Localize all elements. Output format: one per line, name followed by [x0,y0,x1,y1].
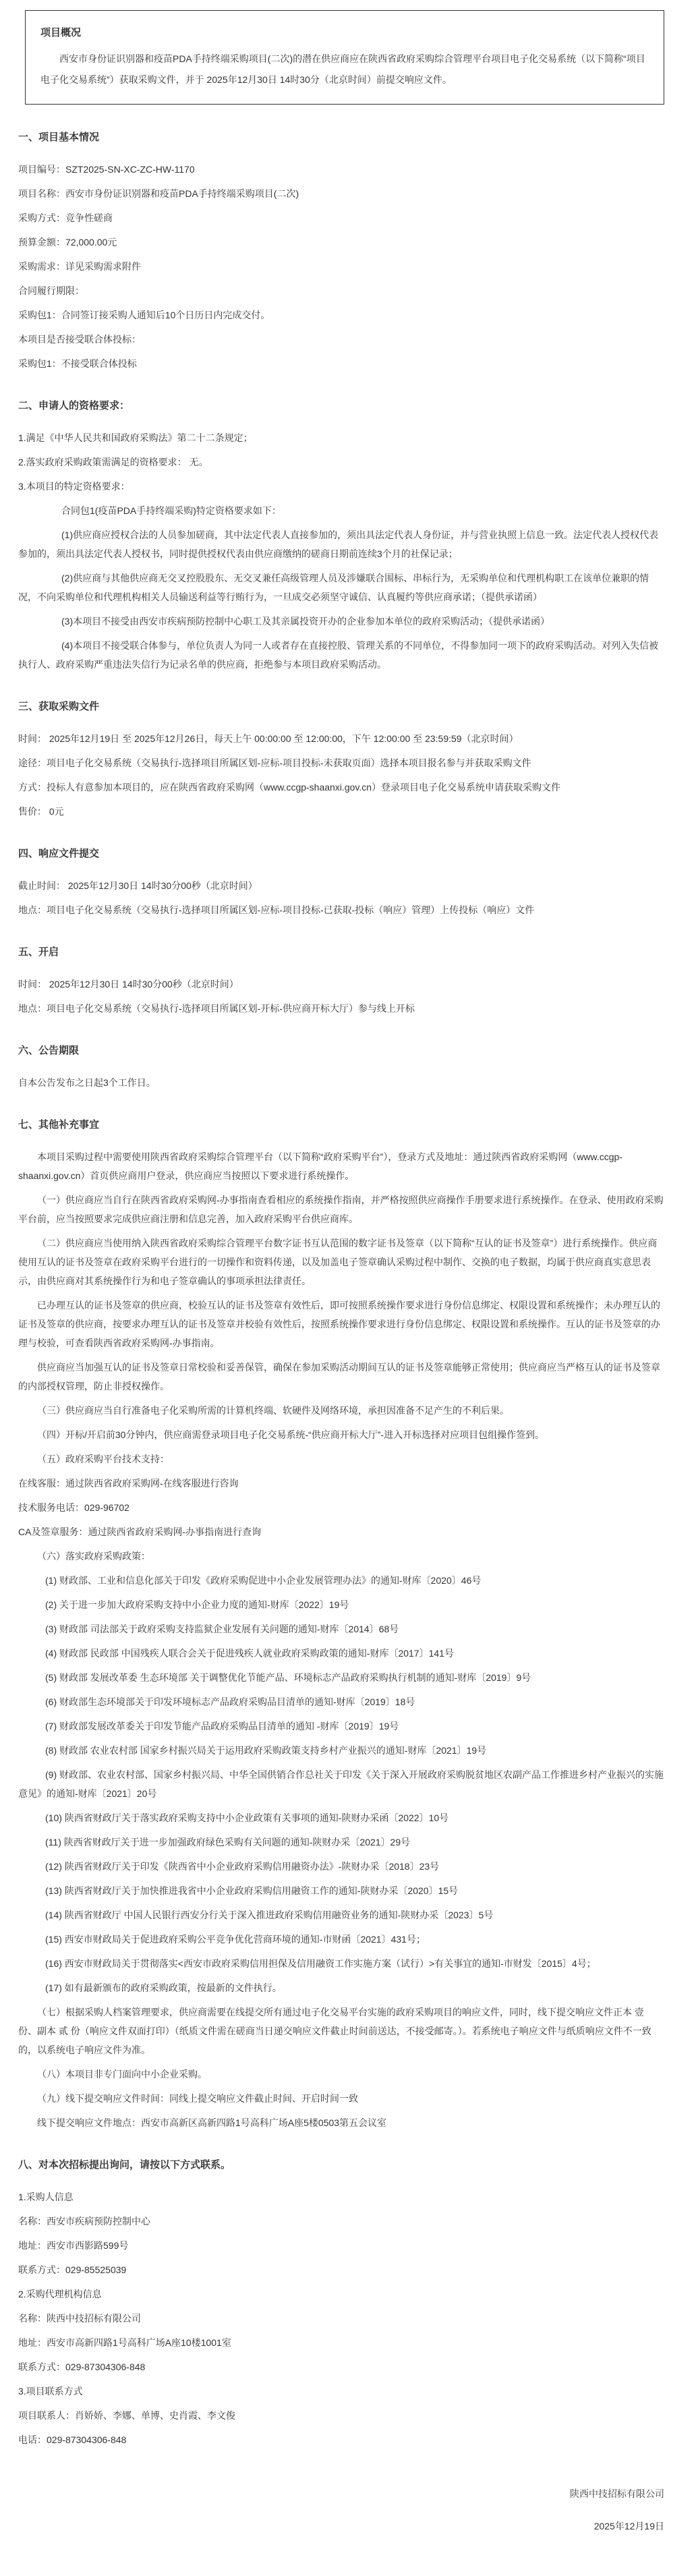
paragraph: (9) 财政部、农业农村部、国家乡村振兴局、中华全国供销合作总社关于印发《关于深… [18,1765,664,1803]
paragraph: (2) 关于进一步加大政府采购支持中小企业力度的通知-财库〔2022〕19号 [18,1595,664,1614]
paragraph: 截止时间： 2025年12月30日 14时30分00秒（北京时间） [18,876,664,895]
paragraph: 本项目是否接受联合体投标： [18,330,664,349]
paragraph: (3) 财政部 司法部关于政府采购支持监狱企业发展有关问题的通知-财库〔2014… [18,1620,664,1638]
paragraph: (4)本项目不接受联合体参与，单位负责人为同一人或者存在直接控股、管理关系的不同… [18,636,664,674]
section-heading: 五、开启 [18,945,664,960]
paragraph: 采购需求：详见采购需求附件 [18,257,664,276]
section-heading: 七、其他补充事宜 [18,1118,664,1133]
paragraph: 联系方式：029-85525039 [18,2260,664,2279]
paragraph: 合同包1(疫苗PDA手持终端采购)特定资格要求如下： [18,501,664,520]
footer-date: 2025年12月19日 [18,2517,664,2536]
paragraph: (8) 财政部 农业农村部 国家乡村振兴局关于运用政府采购政策支持乡村产业振兴的… [18,1741,664,1760]
paragraph: (2)供应商与其他供应商无交叉控股股东、无交叉兼任高级管理人员及涉嫌联合围标、串… [18,569,664,606]
paragraph: （一）供应商应当自行在陕西省政府采购网-办事指南查看相应的系统操作指南，并严格按… [18,1191,664,1228]
paragraph: 本项目采购过程中需要使用陕西省政府采购综合管理平台（以下简称“政府采购平台”），… [18,1147,664,1185]
paragraph: 技术服务电话：029-96702 [18,1498,664,1517]
paragraph: 地址：西安市西影路599号 [18,2236,664,2255]
paragraph: 3.本项目的特定资格要求： [18,477,664,496]
paragraph: CA及签章服务：通过陕西省政府采购网-办事指南进行查询 [18,1522,664,1541]
paragraph: (6) 财政部生态环境部关于印发环境标志产品政府采购品目清单的通知-财库〔201… [18,1692,664,1711]
paragraph: （六）落实政府采购政策： [18,1547,664,1566]
paragraph: (7) 财政部发展改革委关于印发节能产品政府采购品目清单的通知 -财库〔2019… [18,1717,664,1736]
section-heading: 六、公告期限 [18,1043,664,1058]
paragraph: (13) 陕西省财政厅关于加快推进我省中小企业政府采购信用融资工作的通知-陕财办… [18,1881,664,1900]
paragraph: 线下提交响应文件地点：西安市高新区高新四路1号高科广场A座5楼0503第五会议室 [18,2113,664,2132]
paragraph: (5) 财政部 发展改革委 生态环境部 关于调整优化节能产品、环境标志产品政府采… [18,1668,664,1687]
paragraph: 时间： 2025年12月30日 14时30分00秒（北京时间） [18,975,664,994]
paragraph: 时间： 2025年12月19日 至 2025年12月26日，每天上午 00:00… [18,729,664,748]
paragraph: 地点：项目电子化交易系统（交易执行-选择项目所属区划-应标-项目投标-已获取-投… [18,900,664,919]
paragraph: 2.落实政府采购政策需满足的资格要求： 无。 [18,453,664,471]
paragraph: (11) 陕西省财政厅关于进一步加强政府绿色采购有关问题的通知-陕财办采〔202… [18,1833,664,1852]
paragraph: 在线客服：通过陕西省政府采购网-在线客服进行咨询 [18,1474,664,1493]
document-body: 一、项目基本情况项目编号：SZT2025-SN-XC-ZC-HW-1170项目名… [18,130,664,2449]
paragraph: 1.满足《中华人民共和国政府采购法》第二十二条规定； [18,428,664,447]
paragraph: (12) 陕西省财政厅关于印发《陕西省中小企业政府采购信用融资办法》-陕财办采〔… [18,1857,664,1876]
paragraph: 3.项目联系方式 [18,2382,664,2401]
paragraph: (14) 陕西省财政厅 中国人民银行西安分行关于深入推进政府采购信用融资业务的通… [18,1906,664,1924]
section-heading: 三、获取采购文件 [18,699,664,714]
paragraph: 项目编号：SZT2025-SN-XC-ZC-HW-1170 [18,160,664,179]
paragraph: (10) 陕西省财政厅关于落实政府采购支持中小企业政策有关事项的通知-陕财办采函… [18,1808,664,1827]
paragraph: 方式：投标人有意参加本项目的，应在陕西省政府采购网（www.ccgp-shaan… [18,778,664,797]
paragraph: (3)本项目不接受由西安市疾病预防控制中心职工及其亲属投资开办的企业参加本单位的… [18,612,664,631]
paragraph: （二）供应商应当使用纳入陕西省政府采购综合管理平台数字证书互认范围的数字证书及签… [18,1234,664,1290]
paragraph: 名称：西安市疾病预防控制中心 [18,2212,664,2231]
section-heading: 四、响应文件提交 [18,847,664,861]
paragraph: （三）供应商应当自行准备电子化采购所需的计算机终端、软硬件及网络环境，承担因准备… [18,1401,664,1420]
paragraph: （五）政府采购平台技术支持： [18,1450,664,1468]
section-heading: 二、申请人的资格要求： [18,399,664,413]
paragraph: （八）本项目非专门面向中小企业采购。 [18,2065,664,2084]
paragraph: 已办理互认的证书及签章的供应商，校验互认的证书及签章有效性后，即可按照系统操作要… [18,1296,664,1352]
paragraph: 联系方式：029-87304306-848 [18,2357,664,2376]
paragraph: (16) 西安市财政局关于贯彻落实<西安市政府采购信用担保及信用融资工作实施方案… [18,1954,664,1973]
paragraph: (15) 西安市财政局关于促进政府采购公平竞争优化营商环境的通知-市财函〔202… [18,1930,664,1949]
paragraph: 项目名称：西安市身份证识别器和疫苗PDA手持终端采购项目(二次) [18,184,664,203]
paragraph: （四）开标/开启前30分钟内，供应商需登录项目电子化交易系统-“供应商开标大厅”… [18,1425,664,1444]
paragraph: 地点：项目电子化交易系统（交易执行-选择项目所属区划-开标-供应商开标大厅）参与… [18,999,664,1018]
section-heading: 八、对本次招标提出询问，请按以下方式联系。 [18,2158,664,2173]
paragraph: 项目联系人：肖娇娇、李娜、单博、史肖霞、李文俊 [18,2406,664,2425]
announcement-page: 项目概况 西安市身份证识别器和疫苗PDA手持终端采购项目(二次)的潜在供应商应在… [0,0,698,2576]
footer-company: 陕西中技招标有限公司 [18,2484,664,2503]
paragraph: 途径：项目电子化交易系统（交易执行-选择项目所属区划-应标-项目投标-未获取页面… [18,753,664,772]
paragraph: 采购包1：不接受联合体投标 [18,354,664,373]
paragraph: (4) 财政部 民政部 中国残疾人联合会关于促进残疾人就业政府采购政策的通知-财… [18,1644,664,1663]
paragraph: 自本公告发布之日起3个工作日。 [18,1073,664,1092]
overview-box: 项目概况 西安市身份证识别器和疫苗PDA手持终端采购项目(二次)的潜在供应商应在… [25,10,664,105]
paragraph: (1) 财政部、工业和信息化部关于印发《政府采购促进中小企业发展管理办法》的通知… [18,1571,664,1590]
paragraph: 采购包1：合同签订接采购人通知后10个日历日内完成交付。 [18,306,664,324]
paragraph: 预算金额：72,000.00元 [18,233,664,252]
paragraph: 1.采购人信息 [18,2187,664,2206]
paragraph: (17) 如有最新颁布的政府采购政策，按最新的文件执行。 [18,1978,664,1997]
overview-title: 项目概况 [40,23,649,43]
paragraph: 2.采购代理机构信息 [18,2285,664,2303]
paragraph: 合同履行期限： [18,281,664,300]
paragraph: （九）线下提交响应文件时间：同线上提交响应文件截止时间、开启时间一致 [18,2089,664,2108]
footer: 陕西中技招标有限公司 2025年12月19日 [18,2484,664,2536]
paragraph: 电话：029-87304306-848 [18,2430,664,2449]
paragraph: (1)供应商应授权合法的人员参加磋商，其中法定代表人直接参加的，须出具法定代表人… [18,525,664,563]
paragraph: （七）根据采购人档案管理要求，供应商需要在线提交所有通过电子化交易平台实施的政府… [18,2003,664,2059]
overview-paragraph: 西安市身份证识别器和疫苗PDA手持终端采购项目(二次)的潜在供应商应在陕西省政府… [40,49,649,90]
paragraph: 地址：西安市高新四路1号高科广场A座10楼1001室 [18,2333,664,2352]
paragraph: 采购方式：竞争性磋商 [18,208,664,227]
paragraph: 名称：陕西中技招标有限公司 [18,2309,664,2328]
paragraph: 供应商应当加强互认的证书及签章日常校验和妥善保管，确保在参加采购活动期间互认的证… [18,1358,664,1396]
paragraph: 售价： 0元 [18,802,664,821]
section-heading: 一、项目基本情况 [18,130,664,145]
